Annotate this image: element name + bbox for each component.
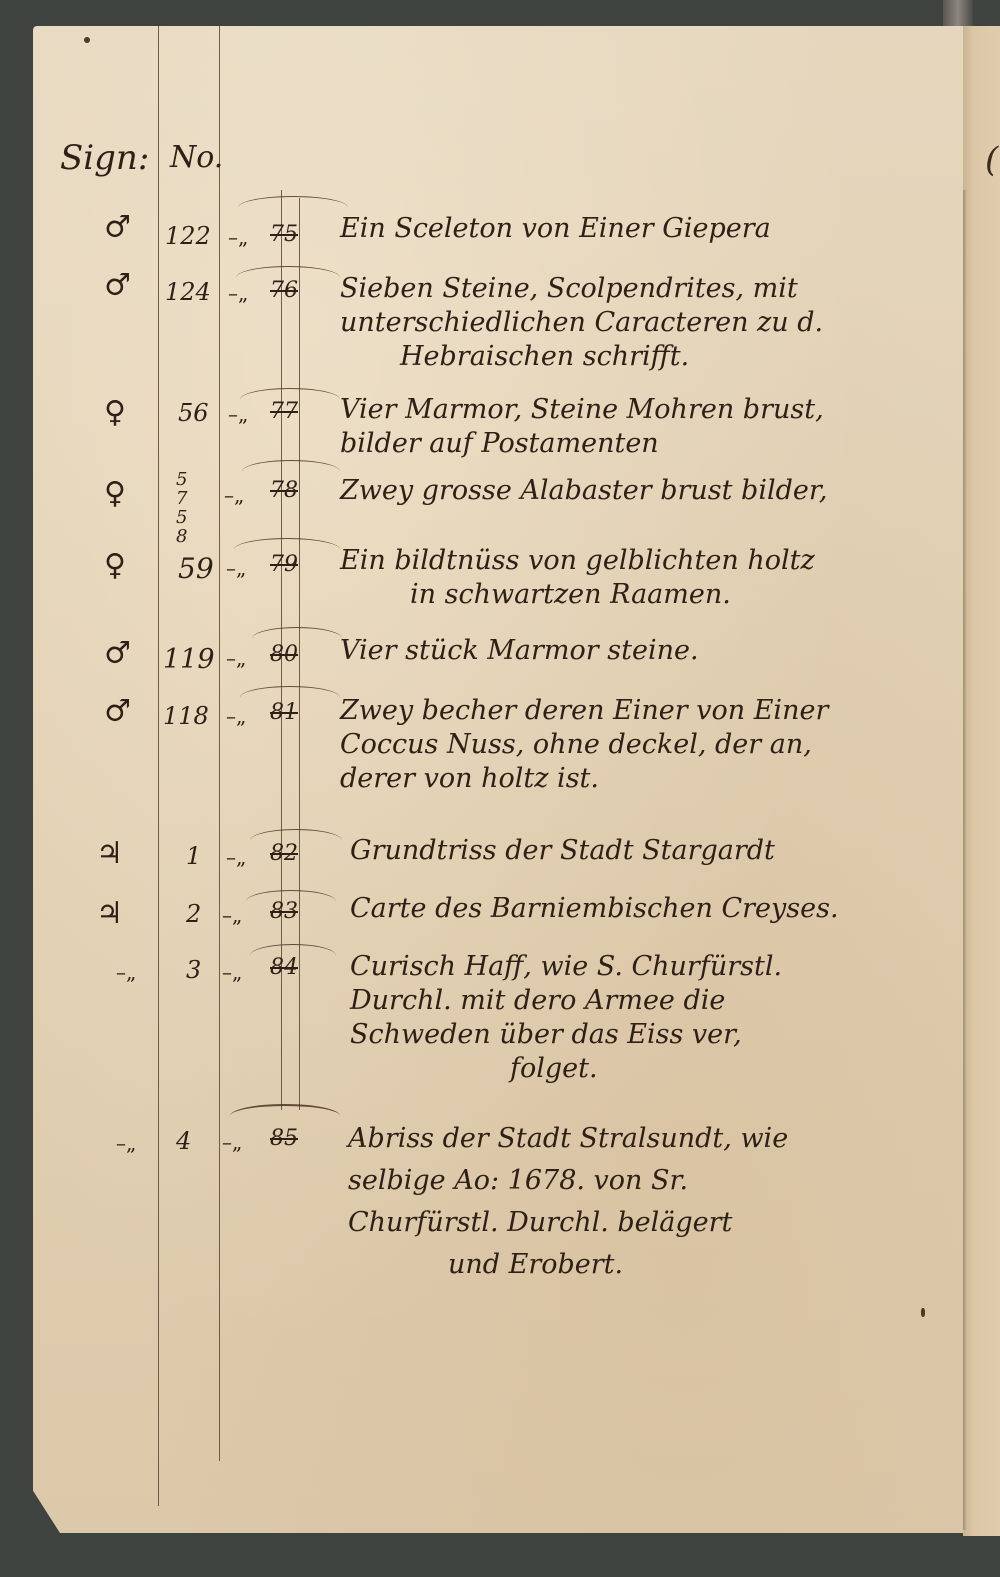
item-description: Sieben Steine, Scolpendrites, mit unters… xyxy=(340,272,823,374)
flourish-stroke xyxy=(240,388,340,411)
flourish-stroke xyxy=(240,686,340,709)
flourish-stroke xyxy=(250,944,336,967)
ditto-mark: –„ xyxy=(224,483,244,507)
item-number: 4 xyxy=(176,1127,191,1155)
column-rule-number xyxy=(219,26,220,1461)
description-line: Carte des Barniembischen Creyses. xyxy=(350,892,839,926)
ditto-mark: –„ xyxy=(226,646,246,670)
flourish-stroke xyxy=(238,196,348,219)
description-line: Sieben Steine, Scolpendrites, mit xyxy=(340,272,823,306)
description-line: folget. xyxy=(350,1052,782,1086)
description-line: und Erobert. xyxy=(348,1244,788,1286)
description-line: Churfürstl. Durchl. belägert xyxy=(348,1202,788,1244)
description-line: Vier Marmor, Steine Mohren brust, xyxy=(340,393,824,427)
facing-page-glyph: ( xyxy=(985,140,998,180)
flourish-stroke xyxy=(246,890,336,913)
ink-spot xyxy=(84,37,90,43)
description-line: unterschiedlichen Caracteren zu d. xyxy=(340,306,823,340)
description-line: bilder auf Postamenten xyxy=(340,427,824,461)
description-line: Hebraischen schrifft. xyxy=(340,340,823,374)
description-line: Grundtriss der Stadt Stargardt xyxy=(350,834,775,868)
description-line: Durchl. mit dero Armee die xyxy=(350,984,782,1018)
description-line: derer von holtz ist. xyxy=(340,762,828,796)
sign-ditto-mark: –„ xyxy=(116,1131,136,1155)
flourish-stroke xyxy=(236,266,340,289)
ink-spot xyxy=(921,1308,925,1317)
description-line: Coccus Nuss, ohne deckel, der an, xyxy=(340,728,828,762)
item-description: Ein Sceleton von Einer Giepera xyxy=(340,212,771,246)
header-number-label: No. xyxy=(170,140,223,175)
binding-strip xyxy=(943,0,973,26)
item-number: 3 xyxy=(186,956,201,984)
description-line: Ein Sceleton von Einer Giepera xyxy=(340,212,771,246)
sign-symbol: ♂ xyxy=(104,268,131,303)
column-rule-seq-right xyxy=(299,198,300,1110)
item-number: 57 58 xyxy=(176,470,196,546)
description-line: in schwartzen Raamen. xyxy=(340,578,815,612)
ditto-mark: –„ xyxy=(226,845,246,869)
item-description: Ein bildtnüss von gelblichten holtz in s… xyxy=(340,544,815,612)
item-description: Vier Marmor, Steine Mohren brust, bilder… xyxy=(340,393,824,461)
flourish-stroke xyxy=(230,1104,340,1128)
ditto-mark: –„ xyxy=(222,960,242,984)
item-number: 119 xyxy=(163,644,215,675)
item-number: 118 xyxy=(163,702,209,730)
description-line: Zwey becher deren Einer von Einer xyxy=(340,694,828,728)
sign-symbol: ♀ xyxy=(104,395,126,430)
item-description: Abriss der Stadt Stralsundt, wie selbige… xyxy=(348,1118,788,1286)
sign-ditto-mark: –„ xyxy=(116,960,136,984)
sequence-number: 85 xyxy=(270,1126,298,1151)
item-description: Curisch Haff, wie S. Churfürstl. Durchl.… xyxy=(350,950,782,1086)
item-description: Zwey grosse Alabaster brust bilder, xyxy=(340,474,827,508)
item-number: 122 xyxy=(165,222,211,250)
description-line: Abriss der Stadt Stralsundt, wie xyxy=(348,1118,788,1160)
sign-symbol: ♀ xyxy=(104,548,126,583)
description-line: selbige Ao: 1678. von Sr. xyxy=(348,1160,788,1202)
column-rule-sign xyxy=(158,26,159,1506)
item-description: Vier stück Marmor steine. xyxy=(340,634,699,668)
flourish-stroke xyxy=(242,460,340,483)
description-line: Schweden über das Eiss ver, xyxy=(350,1018,782,1052)
sign-symbol: ♂ xyxy=(104,636,131,671)
flourish-stroke xyxy=(234,538,340,561)
sign-symbol: ♃ xyxy=(96,836,123,871)
flourish-stroke xyxy=(252,627,342,650)
header-sign-label: Sign: xyxy=(60,138,149,178)
sign-symbol: ♃ xyxy=(96,896,123,931)
ditto-mark: –„ xyxy=(222,903,242,927)
sequence-number: 75 xyxy=(270,222,298,247)
sign-symbol: ♀ xyxy=(104,476,126,511)
description-line: Zwey grosse Alabaster brust bilder, xyxy=(340,474,827,508)
item-number: 124 xyxy=(165,278,211,306)
description-line: Curisch Haff, wie S. Churfürstl. xyxy=(350,950,782,984)
sign-symbol: ♂ xyxy=(104,694,131,729)
item-description: Zwey becher deren Einer von Einer Coccus… xyxy=(340,694,828,796)
item-number: 1 xyxy=(186,842,201,870)
description-line: Vier stück Marmor steine. xyxy=(340,634,699,668)
ditto-mark: –„ xyxy=(222,1130,242,1154)
item-number: 59 xyxy=(178,552,214,585)
sign-symbol: ♂ xyxy=(104,210,131,245)
ditto-mark: –„ xyxy=(228,225,248,249)
description-line: Ein bildtnüss von gelblichten holtz xyxy=(340,544,815,578)
item-number: 2 xyxy=(186,900,201,928)
item-description: Carte des Barniembischen Creyses. xyxy=(350,892,839,926)
item-description: Grundtriss der Stadt Stargardt xyxy=(350,834,775,868)
item-number: 56 xyxy=(178,399,209,427)
flourish-stroke xyxy=(250,829,342,852)
facing-page-edge xyxy=(963,26,1000,1536)
